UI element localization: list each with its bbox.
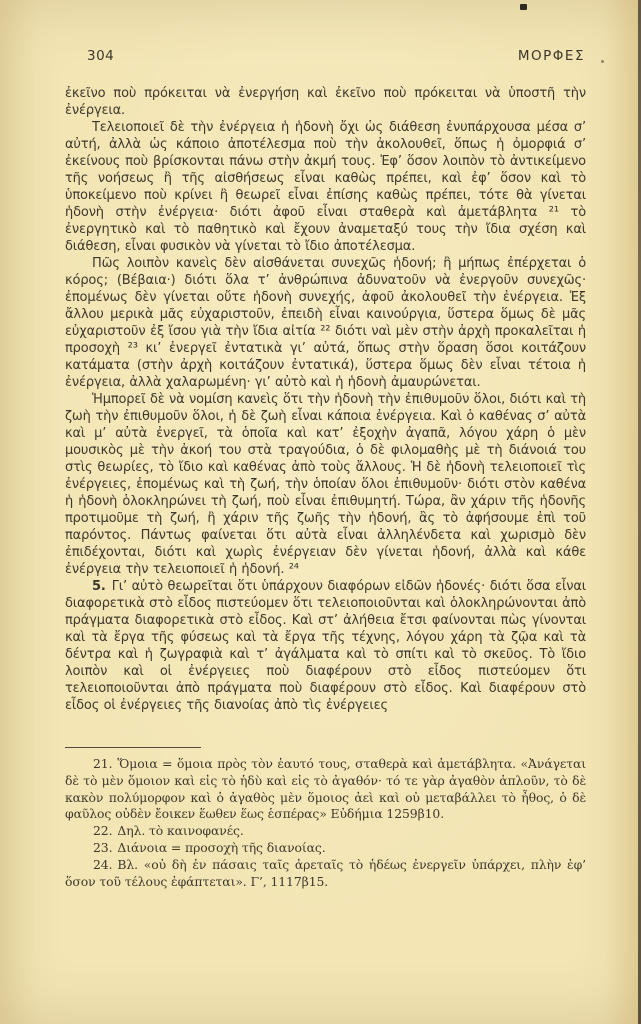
footnote-text: Βλ. «οὐ δὴ ἐν πάσαις ταῖς ἀρεταῖς τὸ ἡδέ…: [65, 857, 586, 889]
paragraph: Πῶς λοιπὸν κανεὶς δὲν αἰσθάνεται συνεχῶς…: [65, 255, 586, 391]
footnote-number: 23.: [93, 840, 112, 855]
footnote-22: 22.Δηλ. τὸ καινοφανές.: [65, 823, 586, 840]
paragraph: Ἡμπορεῖ δὲ νὰ νομίση κανεὶς ὅτι τὴν ἡδον…: [65, 391, 586, 578]
footnotes: 21.Ὅμοια = ὅμοια πρὸς τὸν ἑαυτό τους, στ…: [65, 756, 586, 890]
paragraph-text: Τελειοποιεῖ δὲ τὴν ἐνέργεια ἡ ἡδονὴ ὄχι …: [65, 120, 586, 254]
running-header: 304 ΜΟΡΦΕΣ: [65, 48, 585, 64]
footnote-separator-rule: [65, 747, 201, 748]
footnote-text: Ὅμοια = ὅμοια πρὸς τὸν ἑαυτό τους, σταθε…: [65, 756, 586, 821]
paragraph-text: Ἡμπορεῖ δὲ νὰ νομίση κανεὶς ὅτι τὴν ἡδον…: [65, 392, 586, 577]
footnote-21: 21.Ὅμοια = ὅμοια πρὸς τὸν ἑαυτό τους, στ…: [65, 756, 586, 823]
ink-speck-small: [601, 60, 604, 63]
footnote-text: Δηλ. τὸ καινοφανές.: [117, 823, 243, 838]
footnote-number: 21.: [93, 756, 112, 771]
ink-speck: [520, 4, 527, 10]
section-number: 5.: [92, 579, 106, 594]
scanned-book-page: 304 ΜΟΡΦΕΣ ἐκεῖνο ποὺ πρόκειται νὰ ἐνεργ…: [0, 0, 641, 1024]
paragraph-text: ἐκεῖνο ποὺ πρόκειται νὰ ἐνεργήση καὶ ἐκε…: [65, 86, 586, 118]
paragraph: Τελειοποιεῖ δὲ τὴν ἐνέργεια ἡ ἡδονὴ ὄχι …: [65, 119, 586, 255]
footnote-23: 23.Διάνοια = προσοχὴ τῆς διανοίας.: [65, 840, 586, 857]
footnote-number: 22.: [93, 823, 112, 838]
paragraph-text: Πῶς λοιπὸν κανεὶς δὲν αἰσθάνεται συνεχῶς…: [65, 256, 586, 390]
paragraph-text: Γι’ αὐτὸ θεωρεῖται ὅτι ὑπάρχουν διαφόρων…: [65, 579, 586, 713]
body-text: ἐκεῖνο ποὺ πρόκειται νὰ ἐνεργήση καὶ ἐκε…: [65, 85, 586, 714]
footnote-24: 24.Βλ. «οὐ δὴ ἐν πάσαις ταῖς ἀρεταῖς τὸ …: [65, 857, 586, 891]
running-head-title: ΜΟΡΦΕΣ: [518, 48, 585, 64]
paragraph-section-5: 5.Γι’ αὐτὸ θεωρεῖται ὅτι ὑπάρχουν διαφόρ…: [65, 578, 586, 714]
page-number: 304: [87, 48, 114, 64]
footnote-number: 24.: [93, 857, 112, 872]
footnote-text: Διάνοια = προσοχὴ τῆς διανοίας.: [117, 840, 325, 855]
paragraph-continuation: ἐκεῖνο ποὺ πρόκειται νὰ ἐνεργήση καὶ ἐκε…: [65, 85, 586, 119]
